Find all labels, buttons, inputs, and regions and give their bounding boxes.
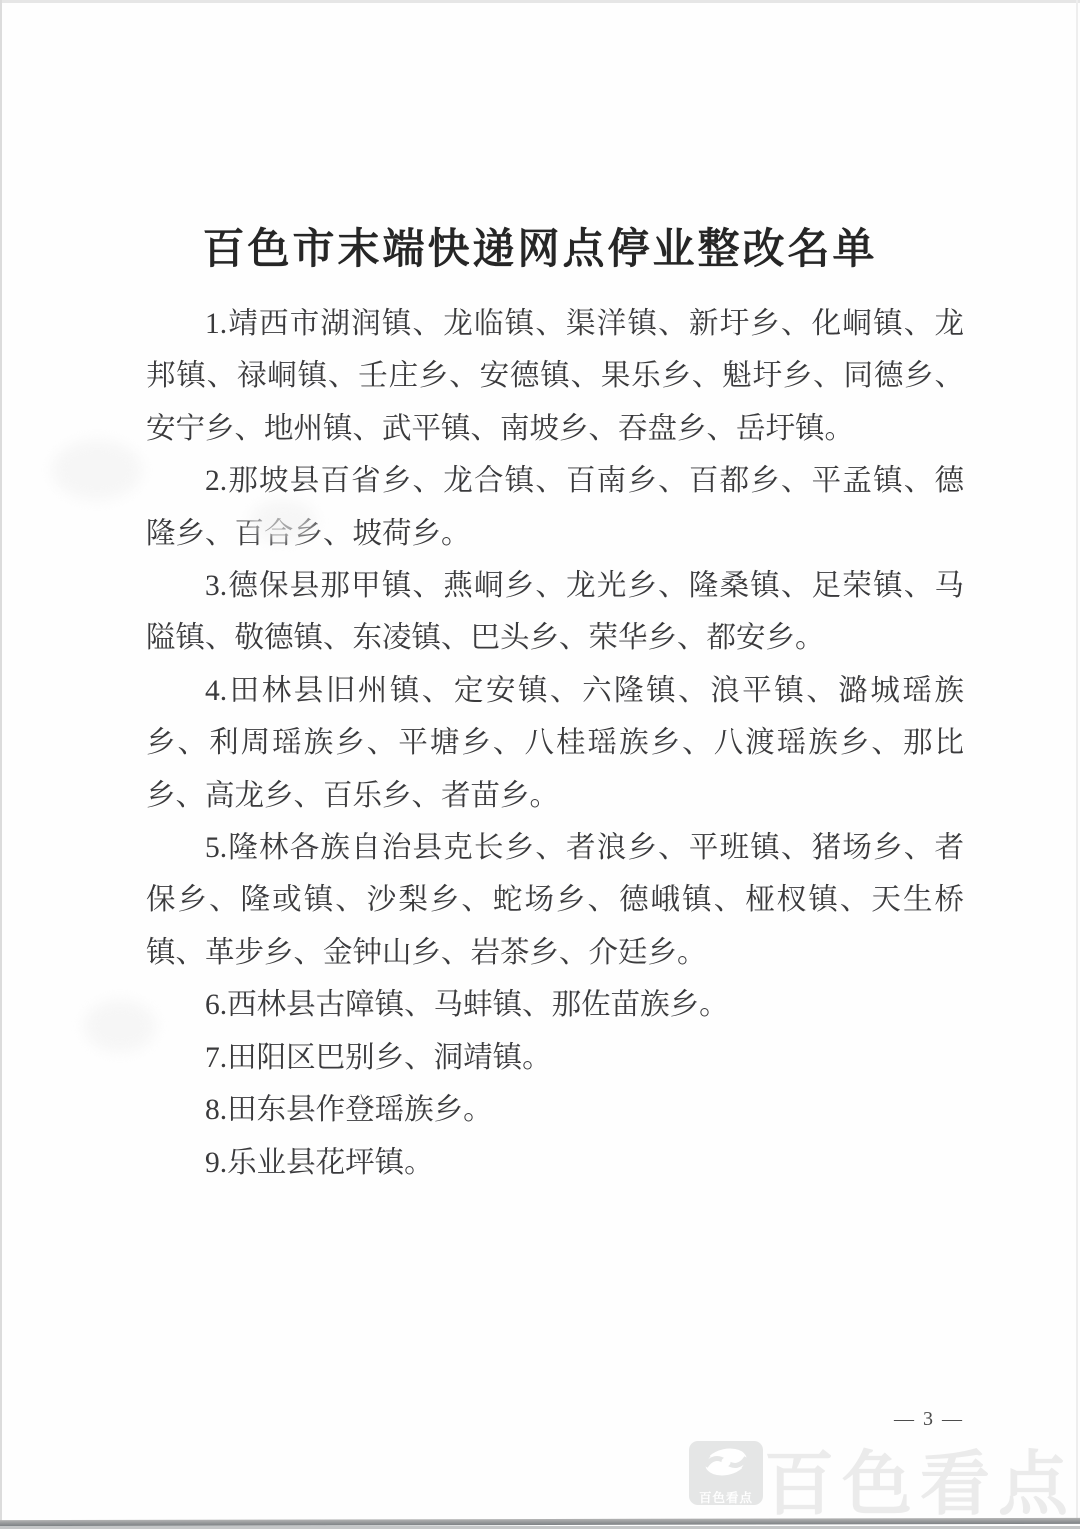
scan-smudge (250, 500, 316, 542)
scan-smudge (84, 1000, 156, 1052)
scan-edge-top (0, 0, 1080, 3)
watermark-big-text: 百色看点 (764, 1428, 1076, 1529)
paragraph-item-4: 4.田林县旧州镇、定安镇、六隆镇、浪平镇、潞城瑶族乡、利周瑶族乡、平塘乡、八桂瑶… (146, 665, 964, 822)
scan-edge-right (1076, 0, 1078, 1521)
paragraph-item-8: 8.田东县作登瑶族乡。 (146, 1084, 964, 1136)
swirl-icon (701, 1444, 751, 1487)
scan-smudge (52, 440, 142, 500)
paragraph-item-6: 6.西林县古障镇、马蚌镇、那佐苗族乡。 (146, 979, 964, 1031)
paragraph-item-7: 7.田阳区巴别乡、洞靖镇。 (146, 1032, 964, 1084)
document-title: 百色市末端快递网点停业整改名单 (0, 216, 1080, 276)
document-body: 1.靖西市湖润镇、龙临镇、渠洋镇、新圩乡、化峒镇、龙邦镇、禄峒镇、壬庄乡、安德镇… (146, 298, 964, 1189)
watermark-logo-box: 百色看点 (689, 1441, 763, 1505)
watermark-logo-label: 百色看点 (699, 1488, 753, 1506)
paragraph-item-3: 3.德保县那甲镇、燕峒乡、龙光乡、隆桑镇、足荣镇、马隘镇、敬德镇、东凌镇、巴头乡… (146, 560, 964, 665)
paragraph-item-5: 5.隆林各族自治县克长乡、者浪乡、平班镇、猪场乡、者保乡、隆或镇、沙梨乡、蛇场乡… (146, 822, 964, 979)
paragraph-item-9: 9.乐业县花坪镇。 (146, 1137, 964, 1189)
scan-edge-left (0, 0, 2, 1529)
paragraph-item-1: 1.靖西市湖润镇、龙临镇、渠洋镇、新圩乡、化峒镇、龙邦镇、禄峒镇、壬庄乡、安德镇… (146, 298, 964, 455)
scanned-document-page: 百色市末端快递网点停业整改名单 1.靖西市湖润镇、龙临镇、渠洋镇、新圩乡、化峒镇… (0, 0, 1080, 1529)
